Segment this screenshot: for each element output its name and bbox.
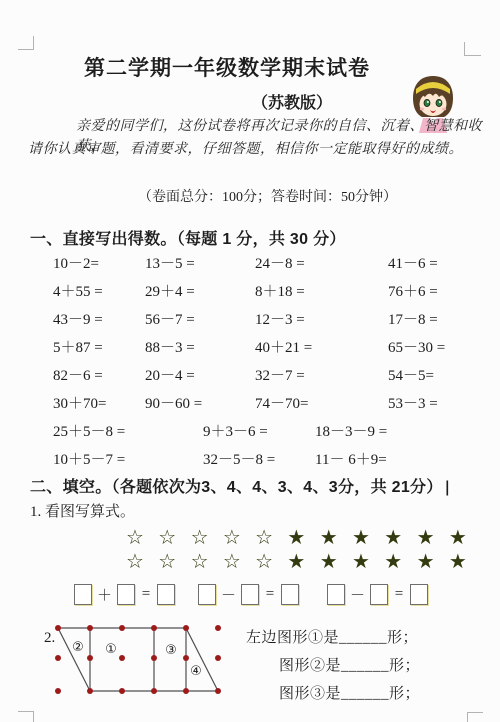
calc-expression[interactable]: 76＋6 = bbox=[388, 278, 473, 306]
exam-document-page[interactable]: { "colors": { "dot_red": "#9b1b1b", "fig… bbox=[0, 0, 500, 722]
equation-group-subtraction-2: － = bbox=[327, 584, 428, 605]
calc-expression[interactable]: 9＋3－6 = bbox=[203, 418, 315, 446]
calc-expression[interactable]: 4＋55 = bbox=[53, 278, 145, 306]
question1-label: 1. 看图写算式。 bbox=[30, 500, 135, 521]
star-row-2: ☆ ☆ ☆ ☆ ☆ ★ ★ ★ ★ ★ ★ bbox=[126, 550, 471, 573]
grid-dots bbox=[55, 625, 221, 694]
calc-expression[interactable]: 20－4 = bbox=[145, 362, 255, 390]
calc-expression[interactable]: 74－70= bbox=[255, 390, 388, 418]
fill-blank-line[interactable]: 左边图形①是______形； bbox=[246, 626, 418, 647]
margin-corner-mark bbox=[467, 712, 483, 722]
answer-box[interactable] bbox=[117, 584, 135, 605]
equals-sign: = bbox=[393, 586, 405, 603]
calc-row: 30＋70=90－60 =74－70=53－3 = bbox=[53, 390, 473, 418]
calc-row: 82－6 =20－4 =32－7 =54－5= bbox=[53, 362, 473, 390]
calc-expression[interactable]: 40＋21 = bbox=[255, 334, 388, 362]
answer-box[interactable] bbox=[241, 584, 259, 605]
calc-expression[interactable]: 17－8 = bbox=[388, 306, 473, 334]
calc-expression[interactable]: 32－7 = bbox=[255, 362, 388, 390]
margin-corner-mark bbox=[464, 42, 481, 56]
fill-blank-line[interactable]: 图形②是______形； bbox=[279, 654, 420, 675]
text-cursor: | bbox=[445, 479, 449, 497]
calc-row: 5＋87 =88－3 =40＋21 =65－30 = bbox=[53, 334, 473, 362]
calc-expression[interactable]: 53－3 = bbox=[388, 390, 473, 418]
calc-expression[interactable]: 56－7 = bbox=[145, 306, 255, 334]
calc-expression[interactable]: 11－ 6＋9= bbox=[315, 446, 473, 474]
section2-heading: 二、填空。（各题依次为3、4、4、3、4、3分，共 21分）| bbox=[30, 474, 449, 497]
equation-group-addition: ＋ = bbox=[74, 584, 175, 605]
margin-corner-mark bbox=[18, 36, 34, 50]
calc-expression[interactable]: 65－30 = bbox=[388, 334, 473, 362]
shape-label-2: ② bbox=[72, 640, 84, 655]
calc-expression[interactable]: 18－3－9 = bbox=[315, 418, 473, 446]
calc-expression[interactable]: 12－3 = bbox=[255, 306, 388, 334]
intro-text-line2: 请你认真审题，看清要求，仔细答题，相信你一定能取得好的成绩。 bbox=[28, 138, 463, 158]
calc-expression[interactable]: 24－8 = bbox=[255, 250, 388, 278]
calc-row: 43－9 =56－7 =12－3 =17－8 = bbox=[53, 306, 473, 334]
calc-row: 10＋5－7 =32－5－8 =11－ 6＋9= bbox=[53, 446, 473, 474]
shape-label-4: ④ bbox=[190, 664, 202, 679]
answer-box[interactable] bbox=[327, 584, 345, 605]
calc-grid-3col: 25＋5－8 =9＋3－6 =18－3－9 =10＋5－7 =32－5－8 =1… bbox=[53, 418, 473, 474]
section1-heading: 一、直接写出得数。（每题 1 分，共 30 分） bbox=[30, 226, 346, 249]
calc-expression[interactable]: 41－6 = bbox=[388, 250, 473, 278]
calc-expression[interactable]: 8＋18 = bbox=[255, 278, 388, 306]
calc-expression[interactable]: 30＋70= bbox=[53, 390, 145, 418]
calc-row: 10－2=13－5 =24－8 =41－6 = bbox=[53, 250, 473, 278]
section2-heading-text: 二、填空。（各题依次为3、4、4、3、4、3分，共 21分） bbox=[30, 479, 443, 496]
calc-grid-4col: 10－2=13－5 =24－8 =41－6 =4＋55 =29＋4 =8＋18 … bbox=[53, 250, 473, 418]
calc-expression[interactable]: 54－5= bbox=[388, 362, 473, 390]
page-title: 第二学期一年级数学期末试卷 bbox=[84, 52, 370, 82]
equals-sign: = bbox=[264, 586, 276, 603]
calc-expression[interactable]: 10＋5－7 = bbox=[53, 446, 203, 474]
figure-lines bbox=[58, 628, 218, 691]
operator-sign: － bbox=[350, 584, 365, 605]
answer-box[interactable] bbox=[370, 584, 388, 605]
calc-expression[interactable]: 43－9 = bbox=[53, 306, 145, 334]
exam-meta-line: （卷面总分：100分；答卷时间：50分钟） bbox=[138, 186, 397, 206]
calc-expression[interactable]: 88－3 = bbox=[145, 334, 255, 362]
calc-expression[interactable]: 25＋5－8 = bbox=[53, 418, 203, 446]
margin-corner-mark bbox=[18, 711, 34, 722]
calc-expression[interactable]: 29＋4 = bbox=[145, 278, 255, 306]
answer-box[interactable] bbox=[281, 584, 299, 605]
shape-label-1: ① bbox=[105, 642, 117, 657]
edition-subtitle: （苏教版） bbox=[252, 90, 332, 113]
calc-expression[interactable]: 10－2= bbox=[53, 250, 145, 278]
calc-expression[interactable]: 32－5－8 = bbox=[203, 446, 315, 474]
calc-expression[interactable]: 90－60 = bbox=[145, 390, 255, 418]
calc-row: 4＋55 =29＋4 =8＋18 =76＋6 = bbox=[53, 278, 473, 306]
operator-sign: ＋ bbox=[97, 584, 112, 605]
answer-box[interactable] bbox=[410, 584, 428, 605]
equals-sign: = bbox=[140, 586, 152, 603]
calc-expression[interactable]: 5＋87 = bbox=[53, 334, 145, 362]
answer-box[interactable] bbox=[74, 584, 92, 605]
answer-box[interactable] bbox=[198, 584, 216, 605]
calc-row: 25＋5－8 =9＋3－6 =18－3－9 = bbox=[53, 418, 473, 446]
calc-expression[interactable]: 82－6 = bbox=[53, 362, 145, 390]
dot-grid-shapes-figure: ② ① ③ ④ bbox=[50, 616, 230, 702]
shape-label-3: ③ bbox=[165, 643, 177, 658]
calc-expression[interactable]: 13－5 = bbox=[145, 250, 255, 278]
star-row-1: ☆ ☆ ☆ ☆ ☆ ★ ★ ★ ★ ★ ★ bbox=[126, 526, 471, 549]
fill-blank-line[interactable]: 图形③是______形； bbox=[279, 682, 420, 703]
answer-box[interactable] bbox=[157, 584, 175, 605]
operator-sign: － bbox=[221, 584, 236, 605]
equation-group-subtraction-1: － = bbox=[198, 584, 299, 605]
